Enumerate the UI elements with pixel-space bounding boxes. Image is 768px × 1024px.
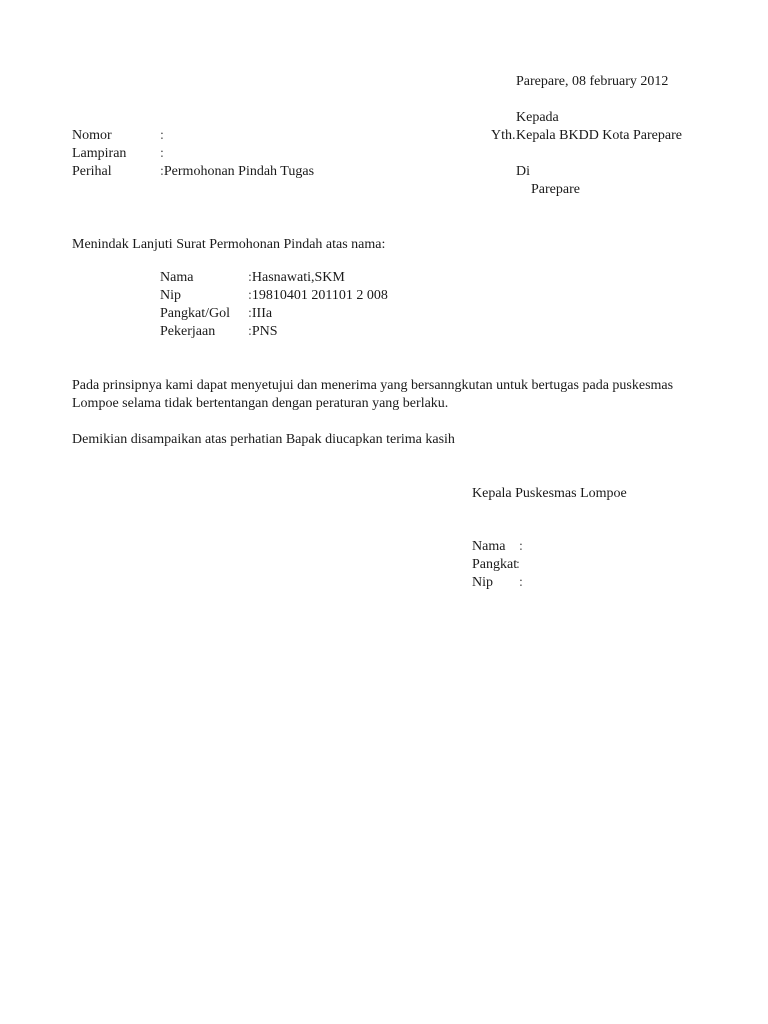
signature-value-nama: :: [519, 538, 523, 556]
identity-label-pangkat: Pangkat/Gol: [160, 305, 230, 323]
meta-label-lampiran: Lampiran: [72, 145, 126, 163]
meta-label-nomor: Nomor: [72, 127, 112, 145]
recipient-city: Parepare: [531, 181, 580, 199]
identity-value: 19810401 201101 2 008: [252, 288, 388, 303]
letter-date: Parepare, 08 february 2012: [516, 73, 668, 91]
kepada-label: Kepada: [516, 109, 559, 127]
identity-value-nama: :Hasnawati,SKM: [248, 269, 345, 287]
signature-value-nip: :: [519, 574, 523, 592]
identity-value: PNS: [252, 324, 278, 339]
intro-text: Menindak Lanjuti Surat Permohonan Pindah…: [72, 236, 385, 254]
identity-value-pangkat: :IIIa: [248, 305, 272, 323]
identity-label-nip: Nip: [160, 287, 181, 305]
recipient: Kepala BKDD Kota Parepare: [516, 127, 682, 145]
identity-value-nip: :19810401 201101 2 008: [248, 287, 388, 305]
meta-value-nomor: :: [160, 127, 164, 145]
meta-value: Permohonan Pindah Tugas: [164, 164, 314, 179]
colon: :: [160, 128, 164, 143]
closing-paragraph: Demikian disampaikan atas perhatian Bapa…: [72, 431, 455, 449]
signature-label-nama: Nama: [472, 538, 505, 556]
identity-value: IIIa: [252, 306, 272, 321]
signature-title: Kepala Puskesmas Lompoe: [472, 485, 627, 503]
identity-value: Hasnawati,SKM: [252, 270, 345, 285]
colon: :: [519, 539, 523, 554]
meta-value-lampiran: :: [160, 145, 164, 163]
identity-label-nama: Nama: [160, 269, 193, 287]
colon: :: [516, 557, 520, 572]
signature-label-nip: Nip: [472, 574, 493, 592]
identity-value-pekerjaan: :PNS: [248, 323, 278, 341]
meta-value-perihal: :Permohonan Pindah Tugas: [160, 163, 314, 181]
di-label: Di: [516, 163, 530, 181]
identity-label-pekerjaan: Pekerjaan: [160, 323, 215, 341]
approval-paragraph: Pada prinsipnya kami dapat menyetujui da…: [72, 377, 712, 413]
meta-label-perihal: Perihal: [72, 163, 112, 181]
yth-prefix: Yth.: [491, 127, 516, 145]
colon: :: [160, 146, 164, 161]
signature-value-pangkat: :: [516, 556, 520, 574]
colon: :: [519, 575, 523, 590]
signature-label-pangkat: Pangkat: [472, 556, 517, 574]
